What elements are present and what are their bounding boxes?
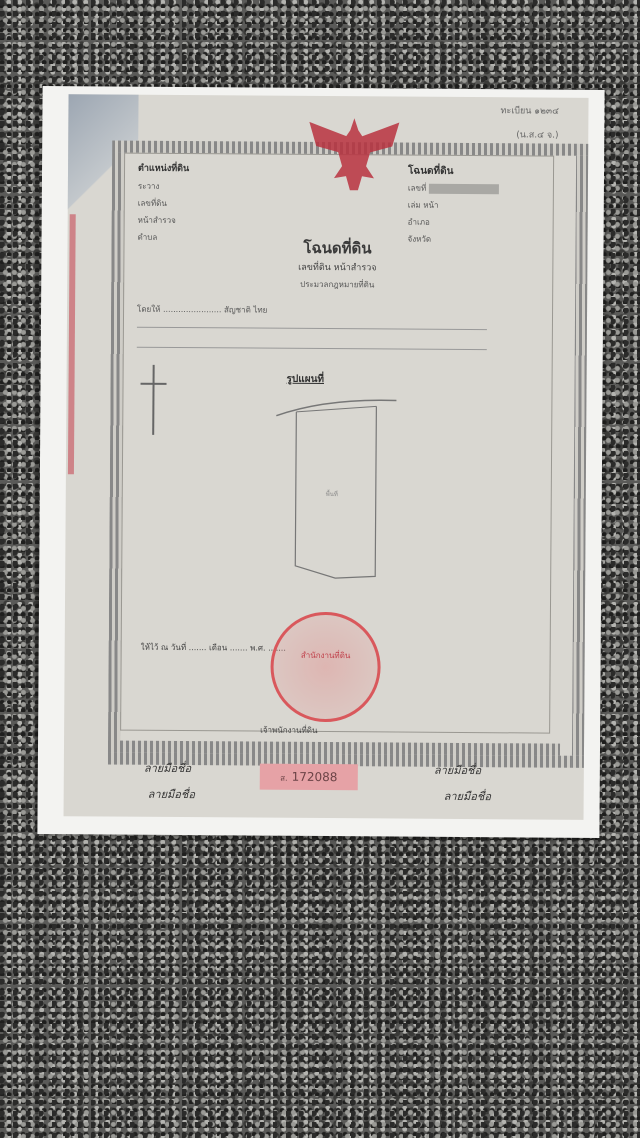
redacted-number bbox=[429, 183, 499, 193]
svg-text:พื้นที่: พื้นที่ bbox=[326, 488, 338, 498]
officer-line: เจ้าพนักงานที่ดิน bbox=[260, 724, 317, 737]
land-location-box: ตำแหน่งที่ดิน ระวาง เลขที่ดิน หน้าสำรวจ … bbox=[138, 161, 190, 246]
land-location-row: ระวาง bbox=[138, 178, 189, 195]
registration-code: ทะเบียน ๑๒๓๔ bbox=[500, 103, 559, 117]
serial-number: 172088 bbox=[292, 770, 338, 784]
deed-info-row: จังหวัด bbox=[407, 231, 498, 249]
seal-text: สำนักงานที่ดิน bbox=[294, 649, 358, 662]
deed-info-row: เลขที่ bbox=[408, 180, 499, 198]
signature: ลายมือชื่อ bbox=[444, 787, 491, 805]
red-edge-strip bbox=[68, 214, 76, 474]
document-title: โฉนดที่ดิน bbox=[267, 236, 407, 261]
garuda-emblem-icon bbox=[304, 116, 405, 197]
plot-diagram: พื้นที่ bbox=[265, 396, 426, 597]
serial-number-tag: ส.172088 bbox=[260, 764, 358, 791]
land-location-row: เลขที่ดิน bbox=[138, 195, 189, 212]
plan-label: รูปแผนที่ bbox=[287, 372, 325, 387]
signature: ลายมือชื่อ bbox=[148, 785, 195, 803]
owner-line: โดยให้ ....................... สัญชาติ ไ… bbox=[137, 303, 267, 317]
document-subtitle: เลขที่ดิน หน้าสำรวจ bbox=[247, 259, 427, 274]
deed-info-heading: โฉนดที่ดิน bbox=[408, 163, 499, 181]
official-seal-stamp: สำนักงานที่ดิน bbox=[270, 612, 381, 723]
land-location-row: หน้าสำรวจ bbox=[138, 212, 189, 229]
signature: ลายมือชื่อ bbox=[434, 761, 481, 779]
authorization-line: ให้ไว้ ณ วันที่ ....... เดือน ....... พ.… bbox=[141, 641, 286, 655]
deed-info-row: อำเภอ bbox=[408, 214, 499, 232]
land-location-row: ตำบล bbox=[138, 229, 189, 246]
land-title-deed: ทะเบียน ๑๒๓๔ (น.ส.๔ จ.) โฉนดที่ดิน เลขที… bbox=[64, 94, 589, 820]
deed-info-box: โฉนดที่ดิน เลขที่ เล่ม หน้า อำเภอ จังหวั… bbox=[407, 163, 499, 249]
document-subtitle-2: ประมวลกฎหมายที่ดิน bbox=[247, 277, 427, 291]
form-code: (น.ส.๔ จ.) bbox=[516, 127, 558, 141]
photocopy-paper: ทะเบียน ๑๒๓๔ (น.ส.๔ จ.) โฉนดที่ดิน เลขที… bbox=[37, 86, 604, 838]
deed-info-row: เล่ม หน้า bbox=[408, 197, 499, 215]
serial-prefix: ส. bbox=[280, 774, 288, 783]
land-location-heading: ตำแหน่งที่ดิน bbox=[138, 161, 189, 178]
signature: ลายมือชื่อ bbox=[144, 759, 191, 777]
